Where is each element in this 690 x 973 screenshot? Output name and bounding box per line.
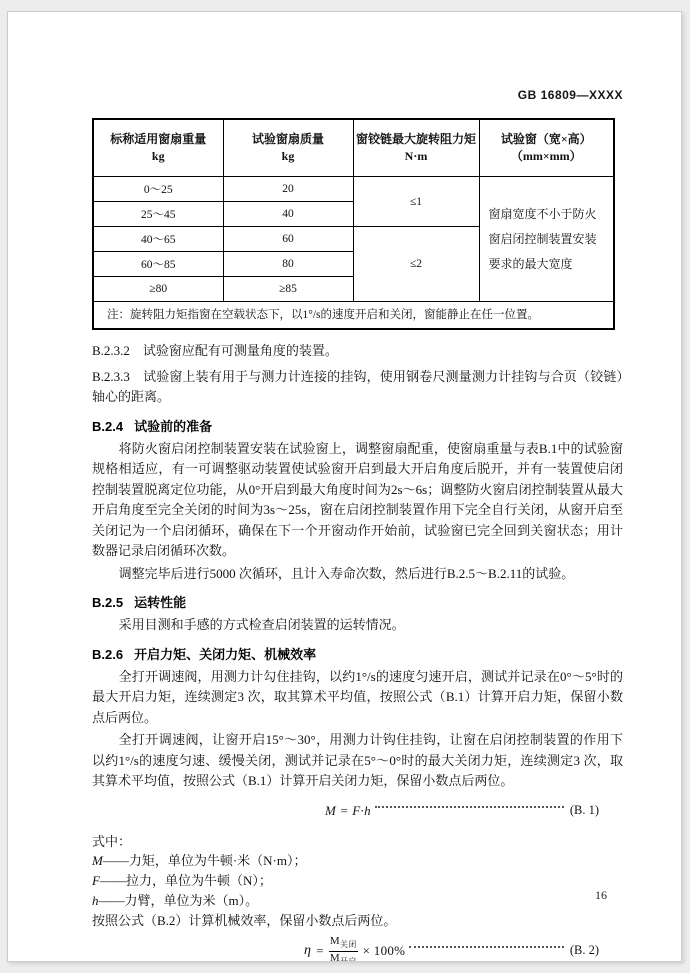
clause-number: B.2.3.2 [92, 343, 130, 358]
page-content: GB 16809—XXXX 标称适用窗扇重量 kg 试验窗扇质量 kg 窗铰链最… [8, 12, 681, 962]
table-cell: 60～85 [93, 252, 223, 277]
definition-text: ——力矩，单位为牛顿·米（N·m）； [103, 853, 307, 868]
doc-code: GB 16809—XXXX [92, 12, 623, 102]
table-cell: 60 [223, 227, 353, 252]
table-footnote: 注：旋转阻力矩指窗在空载状态下，以1°/s的速度开启和关闭，窗能静止在任一位置。 [93, 302, 614, 330]
table-cell: ≥80 [93, 277, 223, 302]
fraction-denominator: M开启 [330, 952, 357, 962]
table-footnote-row: 注：旋转阻力矩指窗在空载状态下，以1°/s的速度开启和关闭，窗能静止在任一位置。 [93, 302, 614, 330]
table-cell: 80 [223, 252, 353, 277]
dotted-leader [375, 806, 564, 808]
heading-number: B.2.4 [92, 419, 123, 434]
symbol: F [92, 873, 100, 888]
col-header-test-sash-mass: 试验窗扇质量 kg [223, 119, 353, 177]
equals-sign: = [316, 943, 324, 959]
col-header-hinge-torque: 窗铰链最大旋转阻力矩 N·m [353, 119, 479, 177]
heading-number: B.2.6 [92, 647, 123, 662]
fraction-numerator: M关闭 [329, 935, 358, 951]
clause-text: 试验窗上装有用于与测力计连接的挂钩，使用钢卷尺测量测力计挂钩与合页（铰链）轴心的… [92, 369, 623, 405]
table-cell: 25～45 [93, 202, 223, 227]
formula-suffix: × 100% [363, 943, 406, 959]
spec-table: 标称适用窗扇重量 kg 试验窗扇质量 kg 窗铰链最大旋转阻力矩 N·m 试验窗… [92, 118, 615, 330]
where-label: 式中： [92, 832, 623, 852]
symbol-definition: M——力矩，单位为牛顿·米（N·m）； [92, 851, 623, 871]
clause-number: B.2.3.3 [92, 369, 130, 384]
calc-note: 按照公式（B.2）计算机械效率，保留小数点后两位。 [92, 911, 623, 931]
table-cell: 40～65 [93, 227, 223, 252]
heading-b26: B.2.6开启力矩、关闭力矩、机械效率 [92, 644, 623, 665]
page-number: 16 [595, 888, 607, 903]
formula-label: (B. 2) [570, 943, 599, 958]
symbol-definition: F——拉力，单位为牛顿（N）； [92, 871, 623, 891]
heading-b25: B.2.5运转性能 [92, 592, 623, 613]
col-header-nominal-weight: 标称适用窗扇重量 kg [93, 119, 223, 177]
heading-title: 运转性能 [134, 595, 186, 610]
table-header-row: 标称适用窗扇重量 kg 试验窗扇质量 kg 窗铰链最大旋转阻力矩 N·m 试验窗… [93, 119, 614, 177]
table-cell: 20 [223, 177, 353, 202]
definition-text: ——力臂，单位为米（m）。 [99, 893, 259, 908]
fraction: M关闭 M开启 [329, 935, 358, 962]
symbol-definition: h——力臂，单位为米（m）。 [92, 891, 623, 911]
formula-label: (B. 1) [570, 803, 599, 818]
clause-b232: B.2.3.2试验窗应配有可测量角度的装置。 [92, 341, 623, 362]
formula-expression: η = M关闭 M开启 × 100% [304, 935, 405, 962]
definition-text: ——拉力，单位为牛顿（N）； [100, 873, 272, 888]
col-header-test-window-size: 试验窗（宽×高） （mm×mm） [479, 119, 614, 177]
table-cell: ≥85 [223, 277, 353, 302]
formula-b1: M = F·h (B. 1) [92, 803, 623, 819]
paragraph: 全打开调速阀，让窗开启15°～30°，用测力计钩住挂钩，让窗在启闭控制装置的作用… [92, 730, 623, 792]
viewer-background: { "page": { "doc_code": "GB 16809—XXXX",… [0, 0, 690, 973]
document-page: GB 16809—XXXX 标称适用窗扇重量 kg 试验窗扇质量 kg 窗铰链最… [7, 11, 682, 962]
torque-cell: ≤1 [353, 177, 479, 227]
heading-b24: B.2.4试验前的准备 [92, 416, 623, 437]
torque-cell: ≤2 [353, 227, 479, 302]
formula-expression: M = F·h [325, 803, 371, 819]
paragraph: 将防火窗启闭控制装置安装在试验窗上，调整窗扇配重，使窗扇重量与表B.1中的试验窗… [92, 439, 623, 562]
paragraph: 采用目测和手感的方式检查启闭装置的运转情况。 [92, 615, 623, 636]
paragraph: 全打开调速阀，用测力计勾住挂钩，以约1°/s的速度匀速开启，测试并记录在0°～5… [92, 667, 623, 729]
table-row: 0～25 20 ≤1 窗扇宽度不小于防火窗启闭控制装置安装要求的最大宽度 [93, 177, 614, 202]
heading-number: B.2.5 [92, 595, 123, 610]
heading-title: 开启力矩、关闭力矩、机械效率 [134, 647, 316, 662]
table-cell: 40 [223, 202, 353, 227]
heading-title: 试验前的准备 [134, 419, 212, 434]
paragraph: 调整完毕后进行5000 次循环，且计入寿命次数，然后进行B.2.5～B.2.11… [92, 564, 623, 585]
symbol: M [92, 853, 103, 868]
eta-symbol: η [304, 943, 311, 959]
clause-text: 试验窗应配有可测量角度的装置。 [143, 343, 338, 358]
formula-b2: η = M关闭 M开启 × 100% (B. 2) [92, 935, 623, 962]
dotted-leader [409, 946, 564, 948]
clause-b233: B.2.3.3试验窗上装有用于与测力计连接的挂钩，使用钢卷尺测量测力计挂钩与合页… [92, 367, 623, 408]
table-cell: 0～25 [93, 177, 223, 202]
window-size-note-cell: 窗扇宽度不小于防火窗启闭控制装置安装要求的最大宽度 [479, 177, 614, 302]
